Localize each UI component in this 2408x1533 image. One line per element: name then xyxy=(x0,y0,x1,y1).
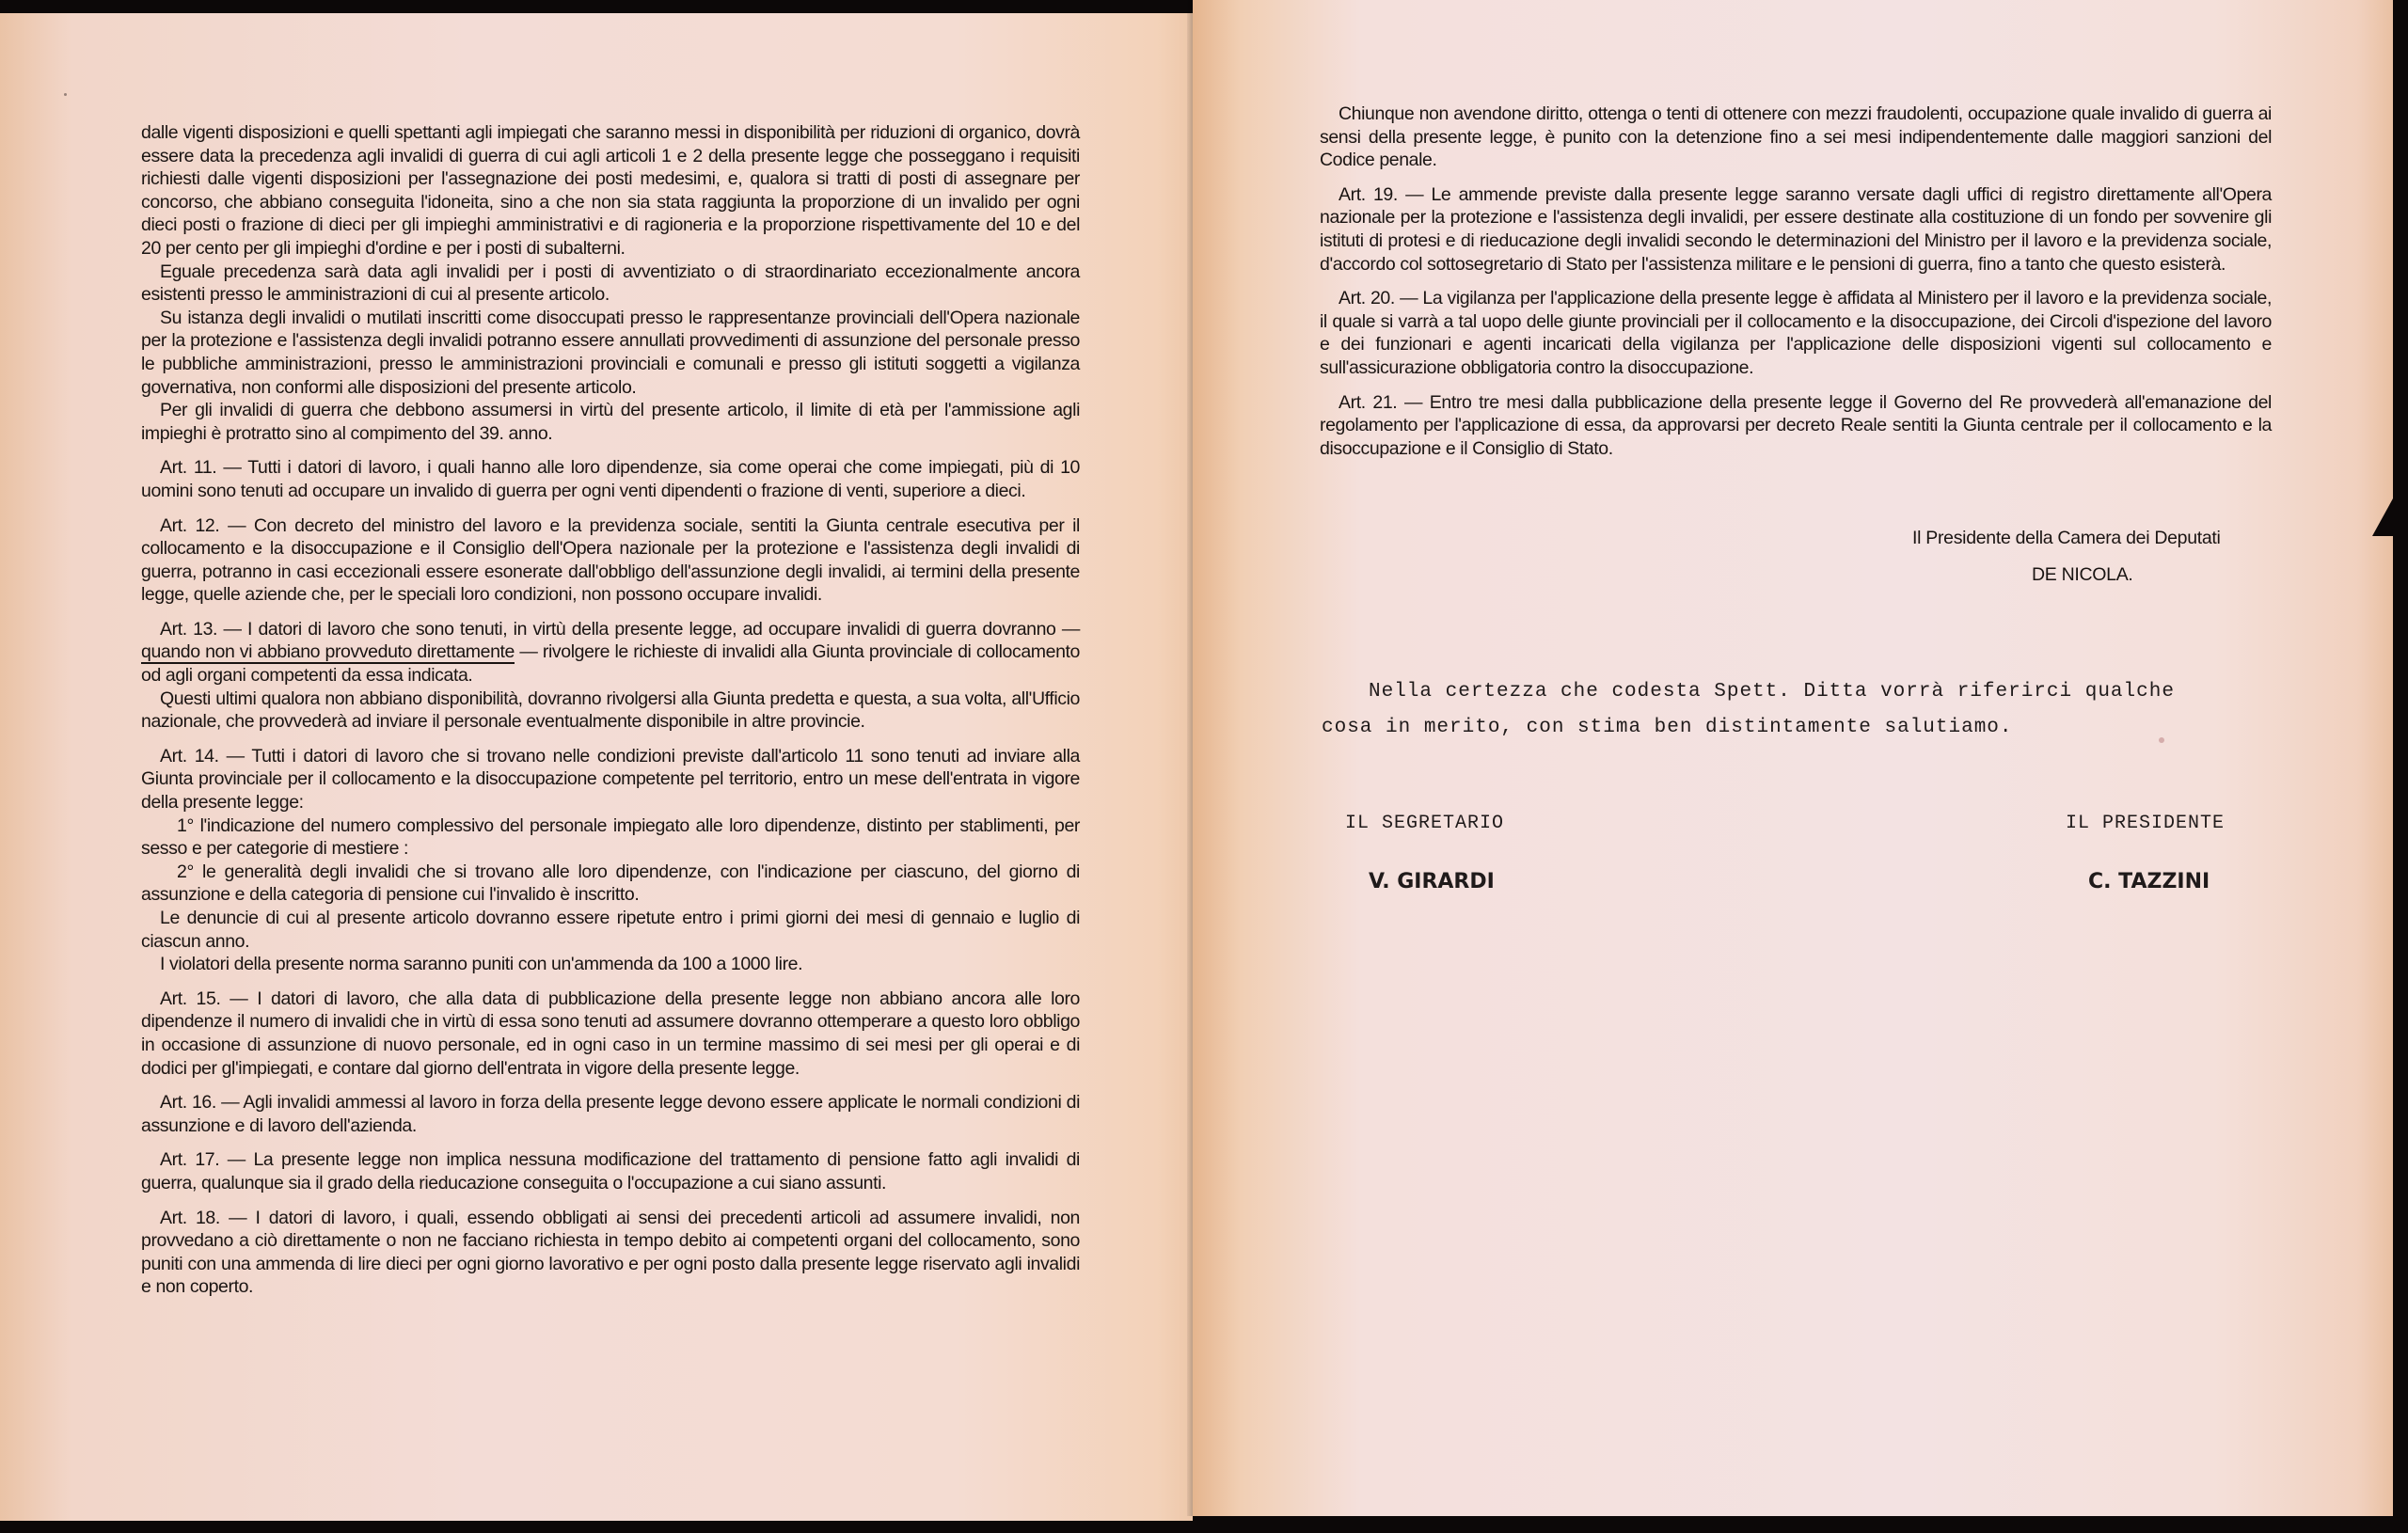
article-14-item-2: 2° le generalità degli invalidi che si t… xyxy=(141,861,1080,907)
paragraph-su-istanza: Su istanza degli invalidi o mutilati ins… xyxy=(141,307,1080,399)
article-13-text-before: Art. 13. — I datori di lavoro che sono t… xyxy=(160,619,1080,640)
paragraph-art10-continued: dalle vigenti disposizioni e quelli spet… xyxy=(141,121,1080,261)
article-16: Art. 16. — Agli invalidi ammessi al lavo… xyxy=(141,1091,1080,1137)
left-page: dalle vigenti disposizioni e quelli spet… xyxy=(0,13,1193,1521)
torn-corner xyxy=(2372,498,2393,536)
paragraph-denuncie: Le denuncie di cui al presente articolo … xyxy=(141,907,1080,953)
chamber-president-title: Il Presidente della Camera dei Deputati xyxy=(1912,528,2221,549)
article-12: Art. 12. — Con decreto del ministro del … xyxy=(141,514,1080,607)
article-13-underlined-text: quando non vi abbiano provveduto diretta… xyxy=(141,641,515,664)
paper-speck xyxy=(64,93,67,96)
paper-speck xyxy=(2159,737,2164,743)
article-15: Art. 15. — I datori di lavoro, che alla … xyxy=(141,988,1080,1080)
article-17: Art. 17. — La presente legge non implica… xyxy=(141,1148,1080,1194)
article-14: Art. 14. — Tutti i datori di lavoro che … xyxy=(141,745,1080,814)
article-19: Art. 19. — Le ammende previste dalla pre… xyxy=(1320,183,2272,276)
article-11: Art. 11. — Tutti i datori di lavoro, i q… xyxy=(141,456,1080,502)
president-role: IL PRESIDENTE xyxy=(2066,813,2225,834)
article-21: Art. 21. — Entro tre mesi dalla pubblica… xyxy=(1320,391,2272,461)
article-13: Art. 13. — I datori di lavoro che sono t… xyxy=(141,618,1080,687)
right-page-text: Chiunque non avendone diritto, ottenga o… xyxy=(1320,103,2272,460)
paragraph-limite-eta: Per gli invalidi di guerra che debbono a… xyxy=(141,399,1080,445)
paragraph-eguale-precedenza: Eguale precedenza sarà data agli invalid… xyxy=(141,261,1080,307)
typed-closing-line-1: Nella certezza che codesta Spett. Ditta … xyxy=(1369,681,2175,703)
typed-closing-line-2: cosa in merito, con stima ben distintame… xyxy=(1322,717,2013,738)
president-name: C. TAZZINI xyxy=(2088,870,2210,893)
paragraph-violatori: I violatori della presente norma saranno… xyxy=(141,953,1080,976)
article-18: Art. 18. — I datori di lavoro, i quali, … xyxy=(141,1207,1080,1299)
article-20: Art. 20. — La vigilanza per l'applicazio… xyxy=(1320,287,2272,379)
secretary-role: IL SEGRETARIO xyxy=(1345,813,1504,834)
chamber-president-name: DE NICOLA. xyxy=(2032,564,2133,586)
left-page-text: dalle vigenti disposizioni e quelli spet… xyxy=(141,121,1080,1299)
article-14-item-1: 1° l'indicazione del numero complessivo … xyxy=(141,814,1080,861)
paragraph-chiunque: Chiunque non avendone diritto, ottenga o… xyxy=(1320,103,2272,172)
paragraph-questi-ultimi: Questi ultimi qualora non abbiano dispon… xyxy=(141,687,1080,734)
secretary-name: V. GIRARDI xyxy=(1369,870,1495,893)
